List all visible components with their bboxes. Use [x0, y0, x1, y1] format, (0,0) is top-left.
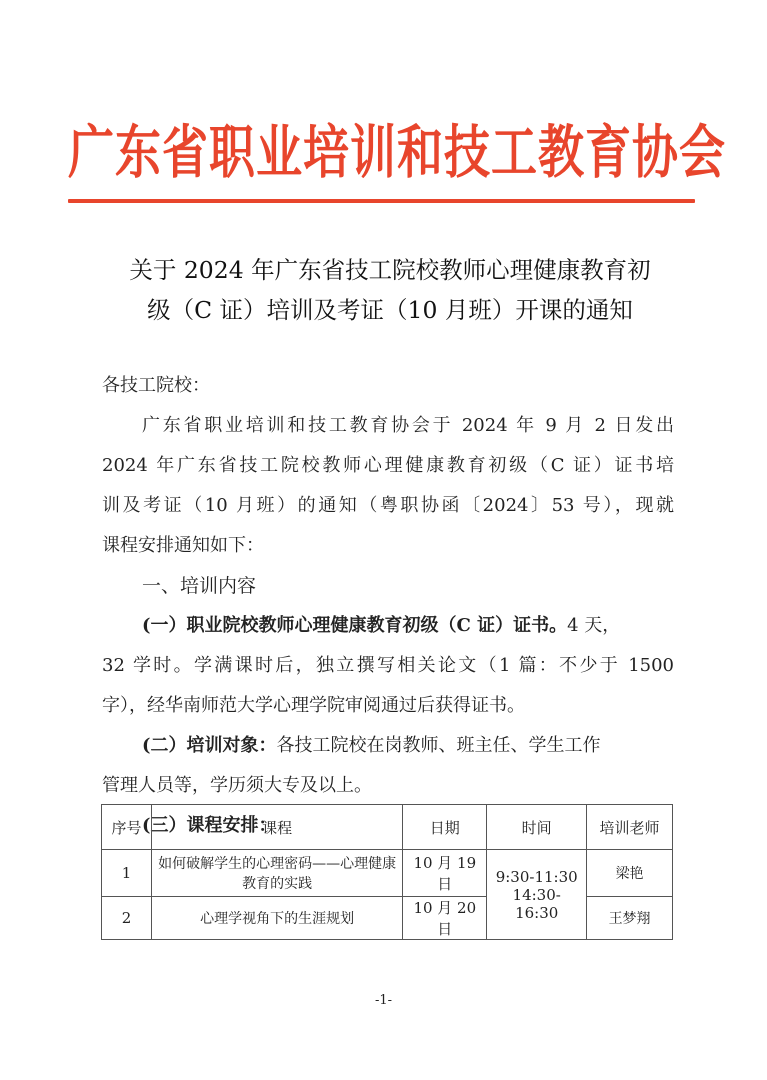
time-slot-afternoon: 14:30-16:30 [491, 886, 582, 922]
cell-teacher: 王梦翔 [587, 897, 673, 940]
time-slot-morning: 9:30-11:30 [491, 868, 582, 886]
item1-label: (一）职业院校教师心理健康教育初级（C 证）证书。 [142, 615, 567, 636]
title-line-2: 级（C 证）培训及考证（10 月班）开课的通知 [90, 290, 690, 330]
salutation: 各技工院校： [102, 366, 674, 406]
letterhead: 广东省职业培训和技工教育协会 [68, 112, 698, 192]
page-number: -1- [0, 993, 767, 1008]
table-row: 2 心理学视角下的生涯规划 10 月 20 日 王梦翔 [102, 897, 673, 940]
schedule-table: 序号 课程 日期 时间 培训老师 1 如何破解学生的心理密码——心理健康教育的实… [101, 804, 673, 940]
item2-line-1: (二）培训对象：各技工院校在岗教师、班主任、学生工作 [102, 726, 674, 766]
cell-date: 10 月 20 日 [403, 897, 487, 940]
intro-line-3: 训及考证（10 月班）的通知（粤职协函〔2024〕53 号），现就 [102, 486, 674, 526]
cell-no: 2 [102, 897, 152, 940]
header-course: 课程 [151, 805, 402, 850]
header-time: 时间 [487, 805, 587, 850]
cell-time: 9:30-11:30 14:30-16:30 [487, 850, 587, 940]
header-date: 日期 [403, 805, 487, 850]
intro-line-4: 课程安排通知如下： [102, 526, 674, 566]
title-line-1: 关于 2024 年广东省技工院校教师心理健康教育初 [90, 250, 690, 290]
table-row: 1 如何破解学生的心理密码——心理健康教育的实践 10 月 19 日 9:30-… [102, 850, 673, 897]
item2-text: 各技工院校在岗教师、班主任、学生工作 [277, 735, 601, 756]
intro-line-2: 2024 年广东省技工院校教师心理健康教育初级（C 证）证书培 [102, 446, 674, 486]
item1-text: 4 天， [567, 615, 620, 636]
item2-line-2: 管理人员等，学历须大专及以上。 [102, 766, 674, 806]
item1-line-1: (一）职业院校教师心理健康教育初级（C 证）证书。4 天， [102, 606, 674, 646]
cell-teacher: 梁艳 [587, 850, 673, 897]
document-body: 各技工院校： 广东省职业培训和技工教育协会于 2024 年 9 月 2 日发出 … [102, 366, 674, 846]
item1-line-2: 32 学时。学满课时后，独立撰写相关论文（1 篇：不少于 1500 [102, 646, 674, 686]
org-name: 广东省职业培训和技工教育协会 [68, 102, 726, 202]
intro-line-1: 广东省职业培训和技工教育协会于 2024 年 9 月 2 日发出 [102, 406, 674, 446]
section-heading-training-content: 一、培训内容 [102, 566, 674, 606]
header-teacher: 培训老师 [587, 805, 673, 850]
table-header-row: 序号 课程 日期 时间 培训老师 [102, 805, 673, 850]
letterhead-divider [68, 199, 695, 203]
item2-label: (二）培训对象： [142, 735, 277, 756]
cell-course: 如何破解学生的心理密码——心理健康教育的实践 [151, 850, 402, 897]
cell-no: 1 [102, 850, 152, 897]
header-no: 序号 [102, 805, 152, 850]
cell-course: 心理学视角下的生涯规划 [151, 897, 402, 940]
item1-line-3: 字），经华南师范大学心理学院审阅通过后获得证书。 [102, 686, 674, 726]
cell-date: 10 月 19 日 [403, 850, 487, 897]
document-title: 关于 2024 年广东省技工院校教师心理健康教育初 级（C 证）培训及考证（10… [90, 250, 690, 330]
